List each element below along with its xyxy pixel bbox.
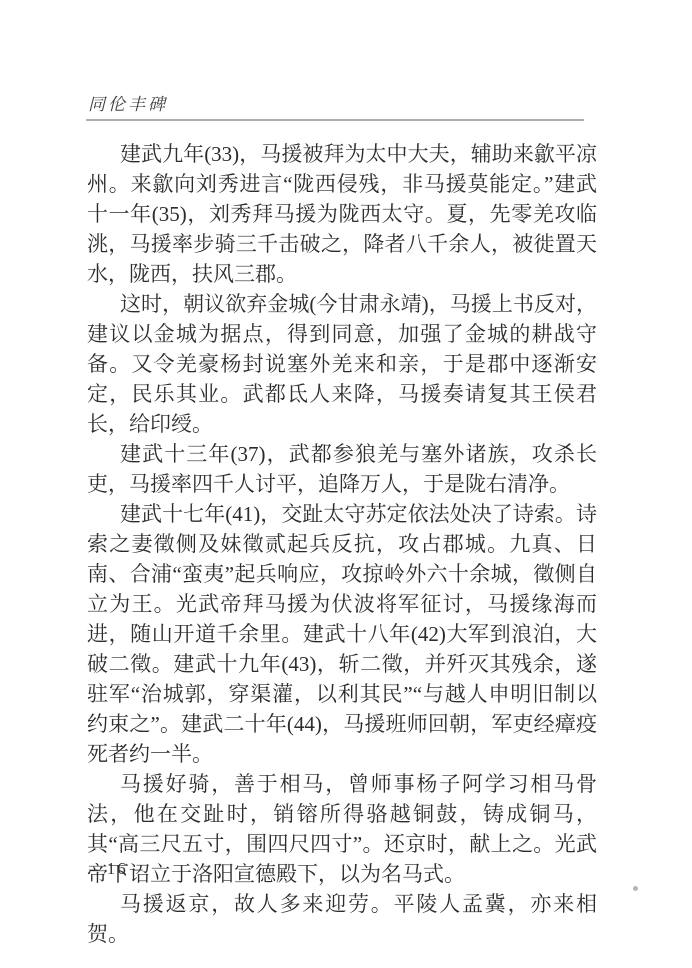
page-number: – 16 – (90, 858, 145, 880)
paragraph: 马援好骑，善于相马，曾师事杨子阿学习相马骨法，他在交趾时，销镕所得骆越铜鼓，铸成… (87, 769, 597, 889)
paragraph: 这时，朝议欲弃金城(今甘肃永靖)，马援上书反对，建议以金城为据点，得到同意，加强… (87, 289, 597, 439)
body-text-block: 建武九年(33)，马援被拜为太中大夫，辅助来歙平凉州。来歙向刘秀进言“陇西侵残，… (87, 139, 597, 949)
running-head-title: 同伦丰碑 (88, 94, 168, 116)
paragraph: 建武十七年(41)，交趾太守苏定依法处决了诗索。诗索之妻徵侧及妹徵贰起兵反抗，攻… (87, 499, 597, 769)
paragraph: 马援返京，故人多来迎劳。平陵人孟冀，亦来相贺。 (87, 889, 597, 949)
header-rule (86, 119, 584, 121)
book-page: 同伦丰碑 建武九年(33)，马援被拜为太中大夫，辅助来歙平凉州。来歙向刘秀进言“… (0, 0, 692, 968)
paragraph: 建武九年(33)，马援被拜为太中大夫，辅助来歙平凉州。来歙向刘秀进言“陇西侵残，… (87, 139, 597, 289)
scan-artifact-dot (633, 886, 638, 891)
paragraph: 建武十三年(37)，武都参狼羌与塞外诸族，攻杀长吏，马援率四千人讨平，追降万人，… (87, 439, 597, 499)
